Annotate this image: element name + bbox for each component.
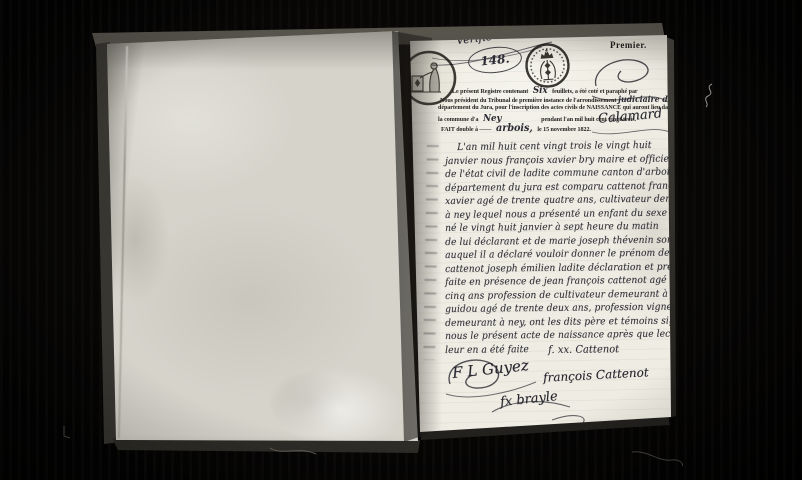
tribunal-crown-seal-icon [524, 42, 571, 89]
manuscript-line: L'an mil huit cent vingt trois le vingt … [457, 140, 652, 153]
handwritten-insert-lieu: arbois, [496, 122, 533, 134]
manuscript-line: faite en présence de jean françois catte… [445, 274, 708, 288]
manuscript-line: de l'état civil de ladite commune canton… [445, 167, 675, 180]
manuscript-line: à ney lequel nous a présenté un enfant d… [445, 207, 693, 221]
inline-mention: f. xx. Cattenot [548, 343, 619, 356]
thread-mark-right-icon [628, 448, 688, 468]
manuscript-line: xavier agé de trente quatre ans, cultiva… [445, 193, 705, 207]
manuscript-line: cattenot joseph émilien ladite déclarati… [445, 261, 716, 275]
manuscript-line: département du jura est comparu cattenot… [445, 180, 687, 194]
printed-text: FAIT double à —— [441, 126, 491, 133]
left-page-crease [118, 46, 128, 438]
printed-text: feuillets, a été coté et paraphé par [552, 88, 637, 95]
folio-number: 148. [480, 52, 511, 69]
manuscript-line: janvier nous françois xavier bry maire e… [445, 154, 673, 167]
printed-text: Nous président du Tribunal de première i… [440, 97, 616, 104]
premier-label: Premier. [610, 40, 647, 50]
manuscript-line: nous le présent acte de naissance après … [445, 328, 690, 342]
printed-text: le 15 novembre 1822. [537, 126, 591, 133]
corner-tick-mark-icon [60, 424, 76, 442]
photo-canvas: Vérifié 148. [0, 0, 802, 480]
manuscript-line: né le vingt huit janvier à sept heure du… [445, 221, 659, 234]
manuscript-line: guidou agé de trente deux ans, professio… [445, 301, 688, 315]
signature-father: françois Cattenot [543, 365, 649, 385]
thread-mark-left-icon [268, 444, 318, 458]
manuscript-line: auquel il a déclaré vouloir donner le pr… [445, 248, 670, 261]
president-signature-flourish-icon [590, 120, 674, 140]
background-scratch-mark-icon [698, 82, 722, 108]
printed-text: Le présent Registre contenant [452, 88, 528, 95]
printed-line-5: FAIT double à ——arbois,le 15 novembre 18… [441, 122, 591, 134]
signature-witness-flourish-icon [486, 390, 596, 426]
